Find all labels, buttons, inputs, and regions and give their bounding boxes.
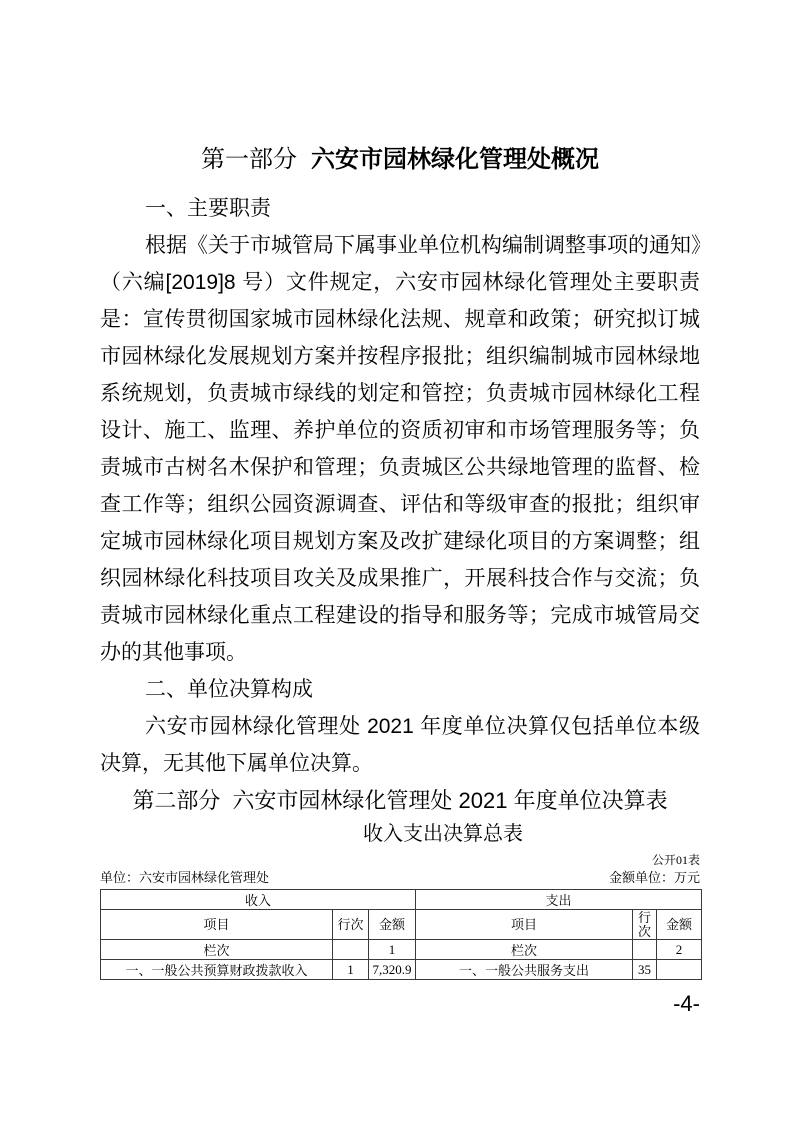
- unit-label: 单位：六安市园林绿化管理处: [100, 869, 269, 886]
- expense-header-cell: 支出: [416, 890, 702, 910]
- expense-amount-cell: [657, 960, 702, 980]
- summary-table: 收入 支出 项目 行次 金额 项目 行次 金额 栏次 1 栏次 2 一、一般公共…: [100, 889, 702, 980]
- part1-title: 第一部分六安市园林绿化管理处概况: [100, 146, 700, 174]
- income-header-cell: 收入: [101, 890, 416, 910]
- expense-item-col-header: 项目: [416, 910, 633, 940]
- section2-heading: 二、单位决算构成: [100, 671, 700, 708]
- paragraph-line: 定城市园林绿化项目规划方案及改扩建绿化项目的方案调整；组: [100, 523, 700, 560]
- table-row: 项目 行次 金额 项目 行次 金额: [101, 910, 702, 940]
- paragraph-line: 办的其他事项。: [100, 634, 700, 671]
- section1-paragraph: 根据《关于市城管局下属事业单位机构编制调整事项的通知》 （六编[2019]8 号…: [100, 227, 700, 671]
- table-row: 收入 支出: [101, 890, 702, 910]
- part2-heading-prefix: 第二部分: [132, 788, 220, 813]
- paragraph-line: 决算，无其他下属单位决算。: [100, 745, 700, 782]
- expense-rowno-col-header: 行次: [633, 910, 657, 940]
- part2-heading: 第二部分六安市园林绿化管理处 2021 年度单位决算表: [100, 782, 700, 819]
- income-amount-cell: 7,320.9: [369, 960, 416, 980]
- section2-paragraph: 六安市园林绿化管理处 2021 年度单位决算仅包括单位本级 决算，无其他下属单位…: [100, 708, 700, 782]
- expense-lan-rowno-cell: [633, 940, 657, 960]
- income-lan-rowno-cell: [333, 940, 369, 960]
- income-lan-cell: 栏次: [101, 940, 333, 960]
- paragraph-line: 根据《关于市城管局下属事业单位机构编制调整事项的通知》: [100, 227, 700, 264]
- part1-title-prefix: 第一部分: [201, 146, 297, 173]
- section1-heading: 一、主要职责: [100, 190, 700, 227]
- table-row: 一、一般公共预算财政拨款收入 1 7,320.9 一、一般公共服务支出 35: [101, 960, 702, 980]
- paragraph-line: （六编[2019]8 号）文件规定，六安市园林绿化管理处主要职责: [100, 264, 700, 301]
- expense-rowno-cell: 35: [633, 960, 657, 980]
- page-number: -4-: [100, 992, 700, 1016]
- income-item-cell: 一、一般公共预算财政拨款收入: [101, 960, 333, 980]
- table-note: 公开01表: [100, 853, 700, 868]
- expense-lan-amount-cell: 2: [657, 940, 702, 960]
- paragraph-line: 设计、施工、监理、养护单位的资质初审和市场管理服务等；负: [100, 412, 700, 449]
- table-meta-row: 单位：六安市园林绿化管理处 金额单位：万元: [100, 869, 700, 886]
- paragraph-line: 是：宣传贯彻国家城市园林绿化法规、规章和政策；研究拟订城: [100, 301, 700, 338]
- paragraph-line: 责城市园林绿化重点工程建设的指导和服务等；完成市城管局交: [100, 597, 700, 634]
- paragraph-line: 市园林绿化发展规划方案并按程序报批；组织编制城市园林绿地: [100, 338, 700, 375]
- paragraph-line: 查工作等；组织公园资源调查、评估和等级审查的报批；组织审: [100, 486, 700, 523]
- table-row: 栏次 1 栏次 2: [101, 940, 702, 960]
- income-amount-col-header: 金额: [369, 910, 416, 940]
- part2-heading-main: 六安市园林绿化管理处 2021 年度单位决算表: [232, 788, 667, 813]
- part1-title-main: 六安市园林绿化管理处概况: [311, 146, 599, 173]
- document-page: 第一部分六安市园林绿化管理处概况 一、主要职责 根据《关于市城管局下属事业单位机…: [0, 0, 793, 1122]
- page-content: 第一部分六安市园林绿化管理处概况 一、主要职责 根据《关于市城管局下属事业单位机…: [100, 146, 700, 1016]
- amount-unit-label: 金额单位：万元: [609, 869, 700, 886]
- expense-lan-cell: 栏次: [416, 940, 633, 960]
- paragraph-line: 六安市园林绿化管理处 2021 年度单位决算仅包括单位本级: [100, 708, 700, 745]
- income-lan-amount-cell: 1: [369, 940, 416, 960]
- paragraph-line: 织园林绿化科技项目攻关及成果推广，开展科技合作与交流；负: [100, 560, 700, 597]
- expense-amount-col-header: 金额: [657, 910, 702, 940]
- paragraph-line: 系统规划，负责城市绿线的划定和管控；负责城市园林绿化工程: [100, 375, 700, 412]
- expense-item-cell: 一、一般公共服务支出: [416, 960, 633, 980]
- table-title: 收入支出决算总表: [186, 819, 700, 849]
- income-rowno-col-header: 行次: [333, 910, 369, 940]
- income-rowno-cell: 1: [333, 960, 369, 980]
- income-item-col-header: 项目: [101, 910, 333, 940]
- paragraph-line: 责城市古树名木保护和管理；负责城区公共绿地管理的监督、检: [100, 449, 700, 486]
